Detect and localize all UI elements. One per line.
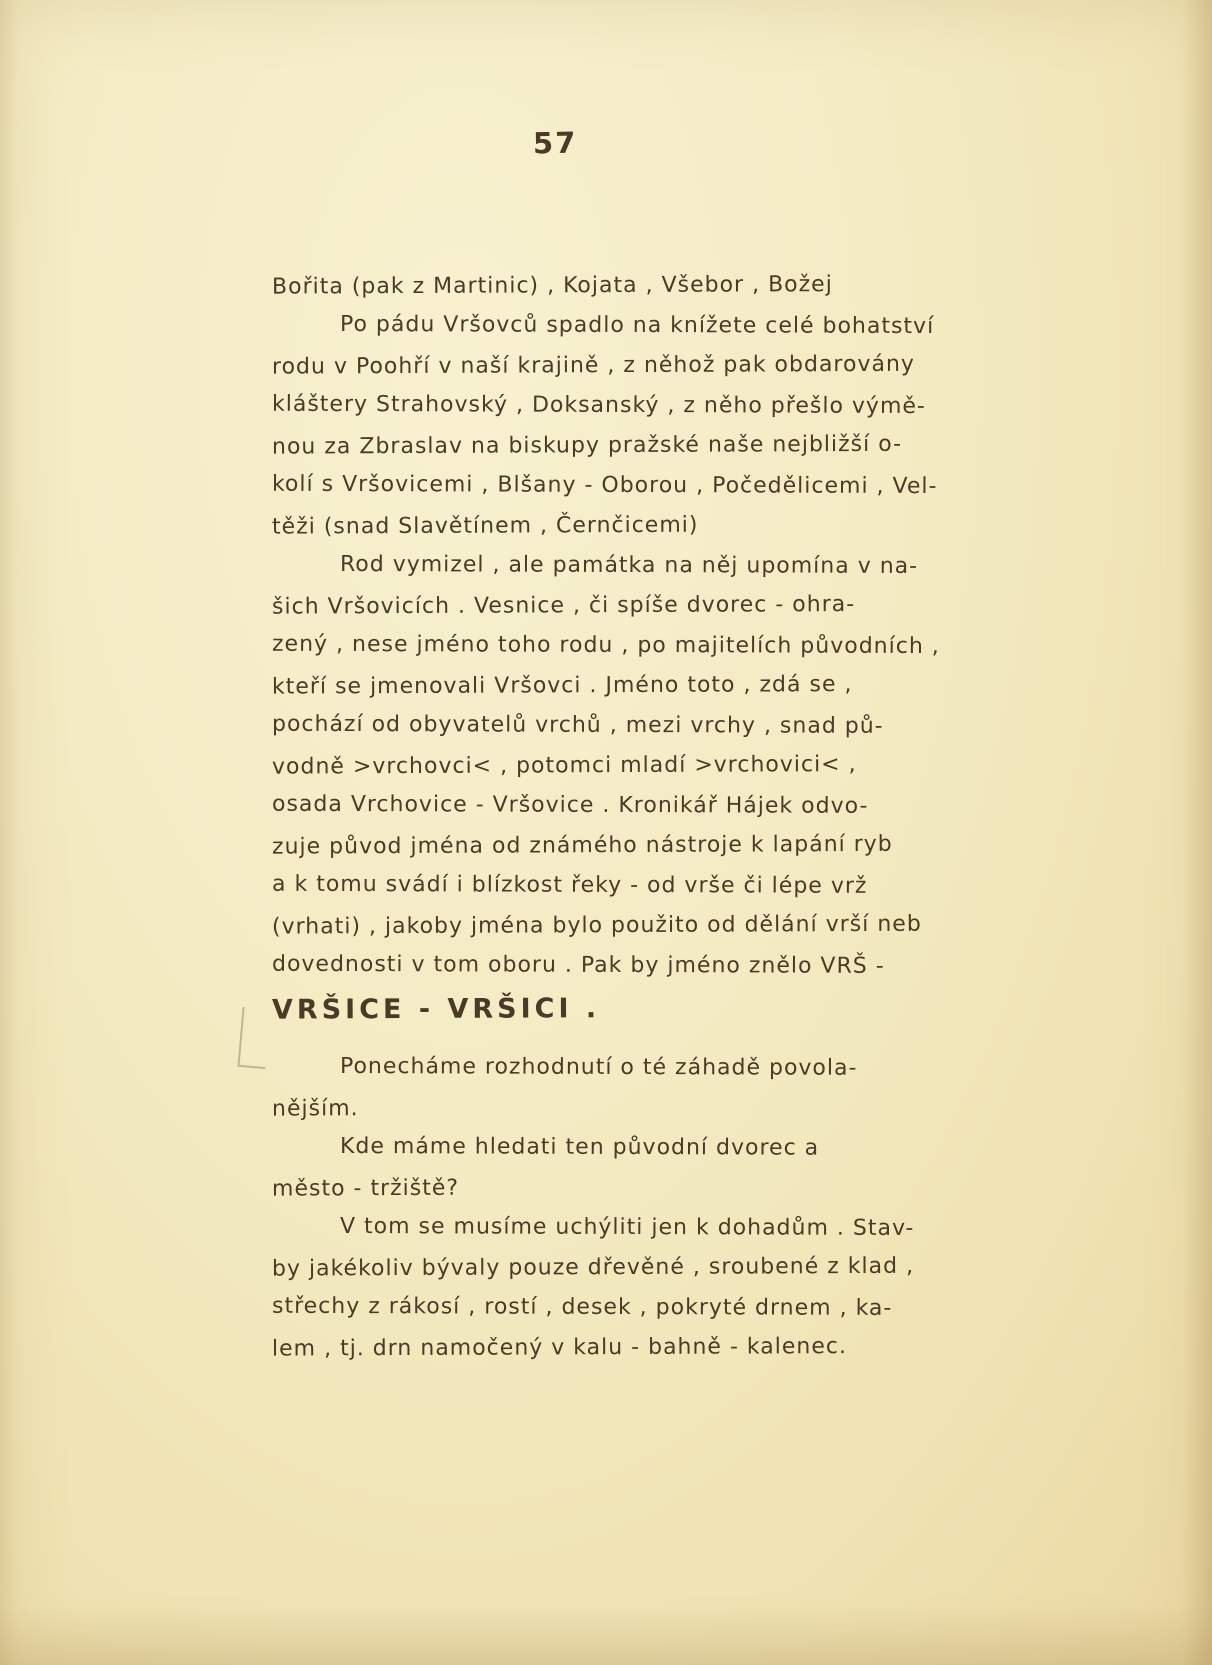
handwritten-line: střechy z rákosí , rostí , desek , pokry… (272, 1287, 992, 1330)
handwritten-line: by jakékoliv bývaly pouze dřevěné , srou… (272, 1246, 992, 1289)
handwritten-line: zený , nese jméno toho rodu , po majitel… (272, 625, 992, 668)
handwritten-line: nou za Zbraslav na biskupy pražské naše … (272, 424, 992, 467)
handwritten-line: Rod vymizel , ale památka na něj upomína… (272, 545, 992, 588)
handwritten-line: a k tomu svádí i blízkost řeky - od vrše… (272, 865, 992, 908)
handwritten-line: těži (snad Slavětínem , Černčicemi) (272, 504, 992, 547)
handwritten-line: Ponecháme rozhodnutí o té záhadě povola- (272, 1047, 992, 1090)
handwritten-line: zuje původ jména od známého nástroje k l… (272, 824, 992, 867)
handwritten-line: vodně >vrchovci< , potomci mladí >vrchov… (272, 744, 992, 787)
handwritten-line: dovednosti v tom oboru . Pak by jméno zn… (272, 945, 992, 988)
handwritten-line: lem , tj. drn namočený v kalu - bahně - … (272, 1326, 992, 1369)
handwritten-line: šich Vršovicích . Vesnice , či spíše dvo… (272, 584, 992, 627)
handwritten-line: kteří se jmenovali Vršovci . Jméno toto … (272, 664, 992, 707)
handwritten-line: nějším. (272, 1086, 992, 1129)
handwritten-line: V tom se musíme uchýliti jen k dohadům .… (272, 1207, 992, 1250)
pencil-margin-mark (237, 1007, 270, 1069)
handwritten-line: Bořita (pak z Martinic) , Kojata , Všebo… (272, 264, 992, 307)
handwritten-line: Po pádu Vršovců spadlo na knížete celé b… (272, 305, 992, 348)
handwritten-line: město - tržiště? (272, 1166, 992, 1209)
handwritten-line: VRŠICE - VRŠICI . (272, 984, 992, 1033)
handwritten-line: rodu v Poohří v naší krajině , z něhož p… (272, 344, 992, 387)
handwritten-line: Kde máme hledati ten původní dvorec a (272, 1127, 992, 1170)
handwritten-line: (vrhati) , jakoby jména bylo použito od … (272, 904, 992, 947)
handwritten-line: kláštery Strahovský , Doksanský , z něho… (272, 385, 992, 428)
manuscript-text: Bořita (pak z Martinic) , Kojata , Všebo… (272, 266, 992, 1368)
handwritten-line: pochází od obyvatelů vrchů , mezi vrchy … (272, 705, 992, 748)
page-number: 57 (533, 126, 578, 161)
handwritten-line: kolí s Vršovicemi , Blšany - Oborou , Po… (272, 465, 992, 508)
handwritten-line: osada Vrchovice - Vršovice . Kronikář Há… (272, 785, 992, 828)
manuscript-page: 57 Bořita (pak z Martinic) , Kojata , Vš… (0, 0, 1212, 1665)
